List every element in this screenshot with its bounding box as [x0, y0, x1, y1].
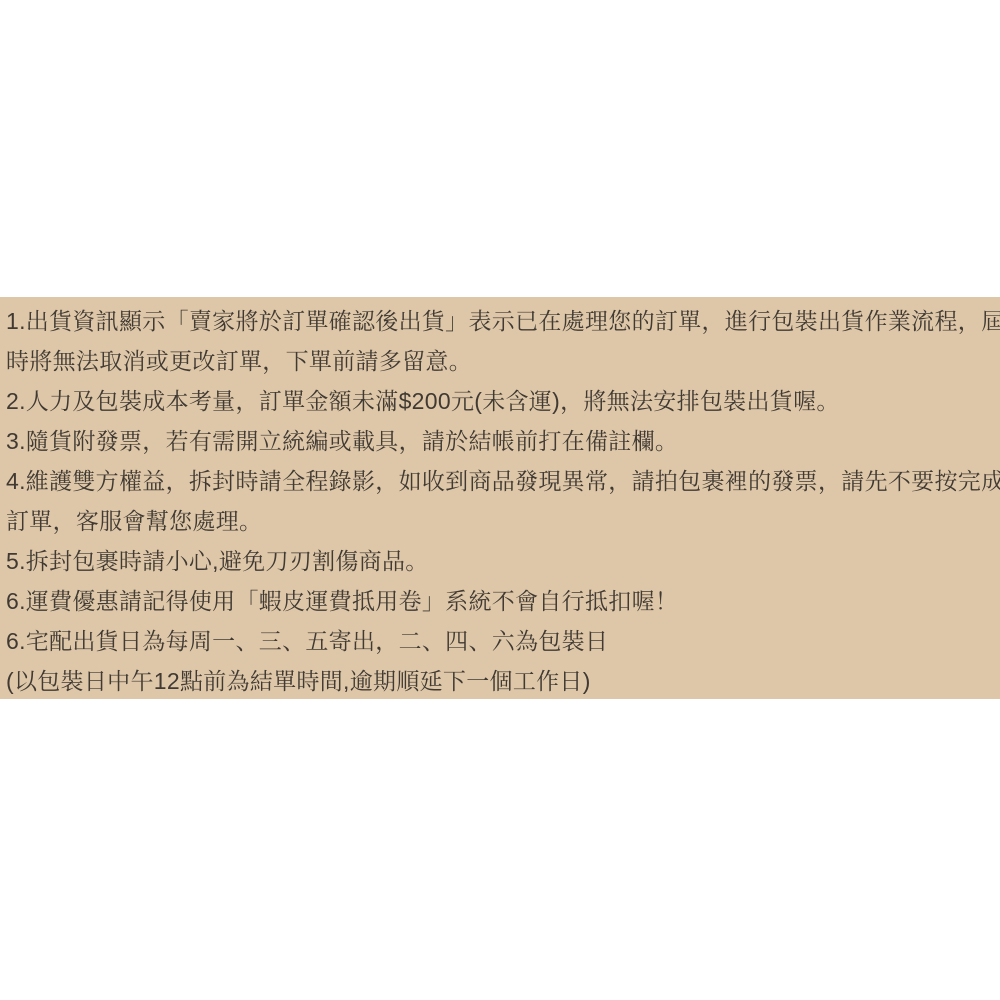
notice-line: 3.隨貨附發票，若有需開立統編或載具，請於結帳前打在備註欄。 — [6, 421, 994, 461]
notice-line: 2.人力及包裝成本考量，訂單金額未滿$200元(未含運)，將無法安排包裝出貨喔。 — [6, 381, 994, 421]
notice-line: 6.運費優惠請記得使用「蝦皮運費抵用卷」系統不會自行抵扣喔！ — [6, 581, 994, 621]
notice-line: (以包裝日中午12點前為結單時間,逾期順延下一個工作日) — [6, 661, 994, 699]
notice-line: 時將無法取消或更改訂單，下單前請多留意。 — [6, 341, 994, 381]
notice-line: 4.維護雙方權益，拆封時請全程錄影，如收到商品發現異常，請拍包裹裡的發票，請先不… — [6, 461, 994, 501]
notice-line: 5.拆封包裹時請小心,避免刀刃割傷商品。 — [6, 541, 994, 581]
page-background: 1.出貨資訊顯示「賣家將於訂單確認後出貨」表示已在處理您的訂單，進行包裝出貨作業… — [0, 0, 1000, 1000]
seller-notice-panel: 1.出貨資訊顯示「賣家將於訂單確認後出貨」表示已在處理您的訂單，進行包裝出貨作業… — [0, 297, 1000, 699]
notice-line: 6.宅配出貨日為每周一、三、五寄出，二、四、六為包裝日 — [6, 621, 994, 661]
notice-line: 訂單，客服會幫您處理。 — [6, 501, 994, 541]
notice-line: 1.出貨資訊顯示「賣家將於訂單確認後出貨」表示已在處理您的訂單，進行包裝出貨作業… — [6, 301, 994, 341]
